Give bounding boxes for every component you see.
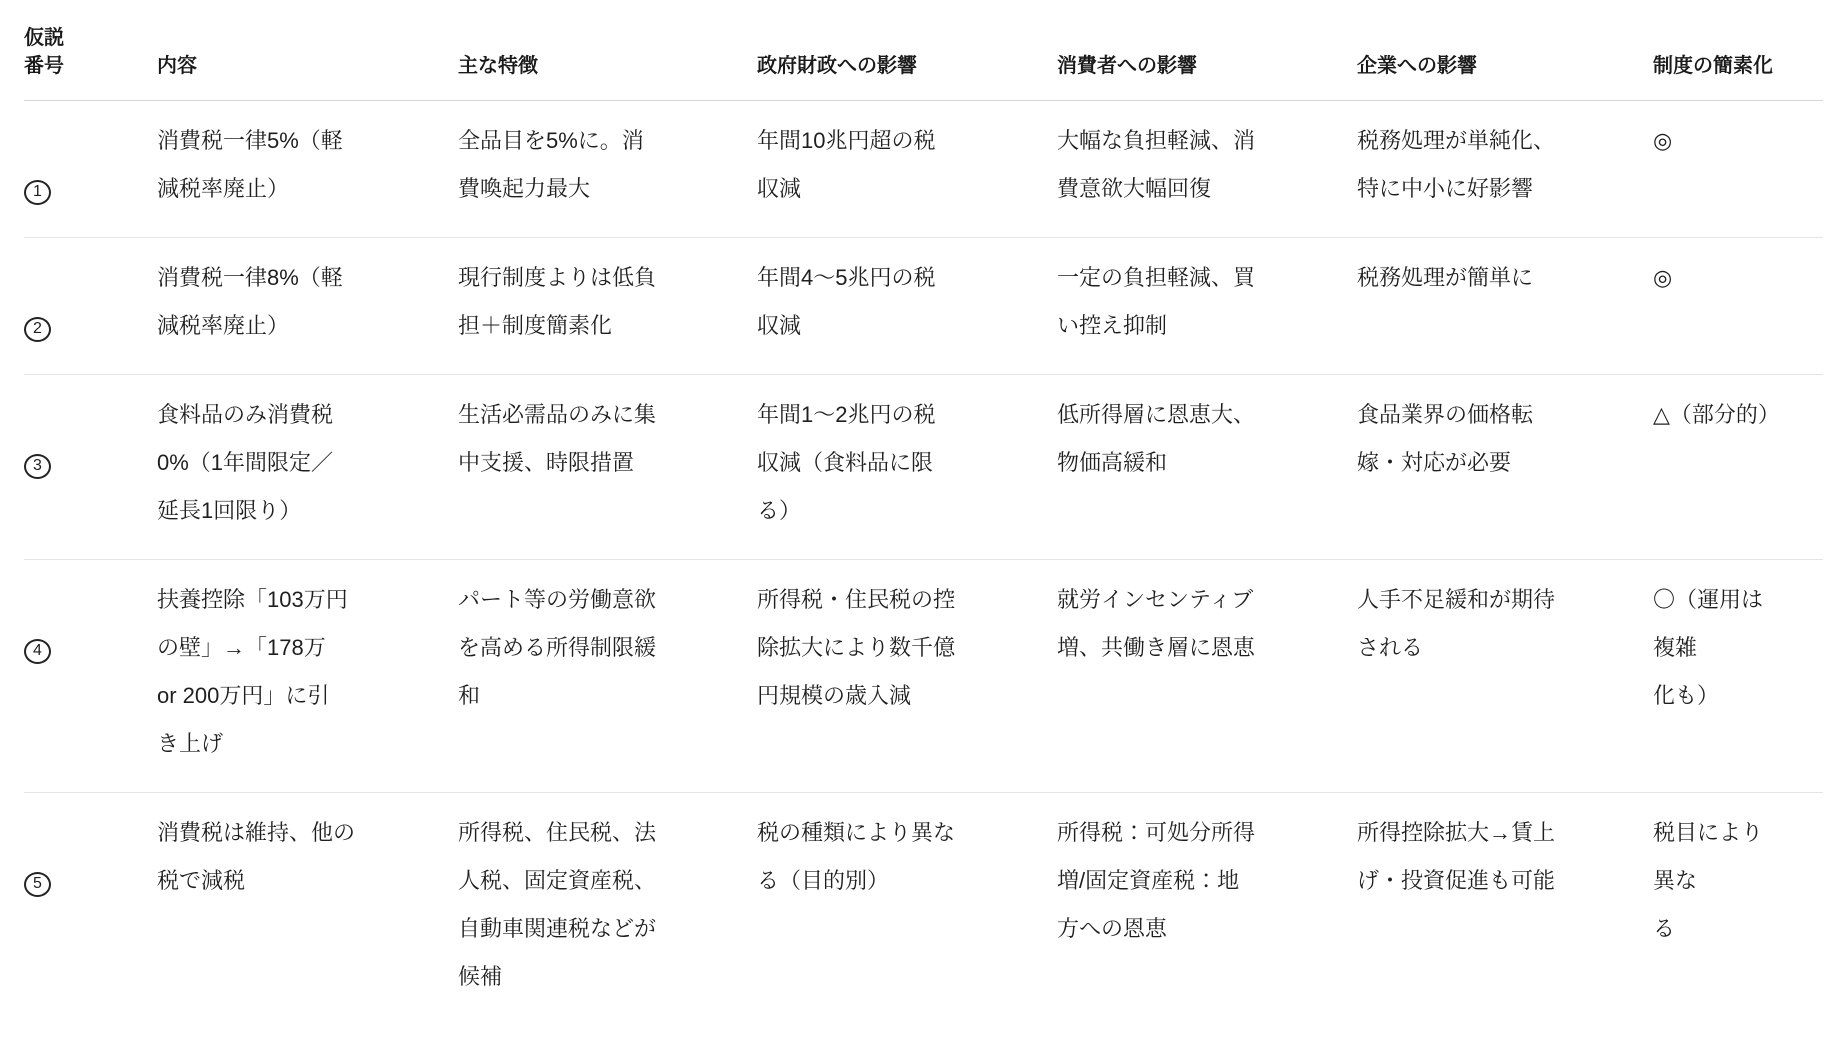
- cell-business-impact: 税務処理が単純化、 特に中小に好影響: [1357, 101, 1653, 238]
- cell-gov-finance-impact: 年間1〜2兆円の税 収減（食料品に限 る）: [757, 375, 1057, 560]
- table-row: 1 消費税一律5%（軽 減税率廃止） 全品目を5%に。消 費喚起力最大 年間10…: [24, 101, 1823, 238]
- hypothesis-number: 4: [33, 643, 42, 659]
- col-header-hypothesis-number: 仮説 番号: [24, 0, 157, 101]
- circled-number-icon: 4: [24, 639, 51, 664]
- cell-gov-finance-impact: 所得税・住民税の控 除拡大により数千億 円規模の歳入減: [757, 560, 1057, 793]
- tax-hypothesis-comparison-page: 仮説 番号 内容 主な特徴 政府財政への影響 消費者への影響 企業への影響 制度…: [0, 0, 1847, 1042]
- cell-system-simplification: 〇（運用は複雑 化も）: [1653, 560, 1823, 793]
- cell-system-simplification: ◎: [1653, 238, 1823, 375]
- cell-consumer-impact: 大幅な負担軽減、消 費意欲大幅回復: [1057, 101, 1357, 238]
- cell-hypothesis-number: 1: [24, 101, 157, 238]
- cell-content: 扶養控除「103万円 の壁」→「178万 or 200万円」に引 き上げ: [157, 560, 458, 793]
- cell-hypothesis-number: 2: [24, 238, 157, 375]
- hypothesis-number: 1: [33, 184, 42, 200]
- col-header-consumer-impact: 消費者への影響: [1057, 0, 1357, 101]
- cell-consumer-impact: 所得税：可処分所得 増/固定資産税：地 方への恩恵: [1057, 793, 1357, 1026]
- cell-content: 消費税一律5%（軽 減税率廃止）: [157, 101, 458, 238]
- col-header-gov-finance-impact: 政府財政への影響: [757, 0, 1057, 101]
- cell-consumer-impact: 就労インセンティブ 増、共働き層に恩恵: [1057, 560, 1357, 793]
- cell-content: 消費税は維持、他の 税で減税: [157, 793, 458, 1026]
- cell-main-features: 生活必需品のみに集 中支援、時限措置: [458, 375, 757, 560]
- table-row: 5 消費税は維持、他の 税で減税 所得税、住民税、法 人税、固定資産税、 自動車…: [24, 793, 1823, 1026]
- cell-content: 消費税一律8%（軽 減税率廃止）: [157, 238, 458, 375]
- col-header-content: 内容: [157, 0, 458, 101]
- cell-system-simplification: △（部分的）: [1653, 375, 1823, 560]
- cell-main-features: 現行制度よりは低負 担＋制度簡素化: [458, 238, 757, 375]
- cell-main-features: 全品目を5%に。消 費喚起力最大: [458, 101, 757, 238]
- cell-system-simplification: 税目により異な る: [1653, 793, 1823, 1026]
- hypothesis-number: 3: [33, 458, 42, 474]
- cell-hypothesis-number: 5: [24, 793, 157, 1026]
- cell-system-simplification: ◎: [1653, 101, 1823, 238]
- cell-business-impact: 食品業界の価格転 嫁・対応が必要: [1357, 375, 1653, 560]
- circled-number-icon: 5: [24, 872, 51, 897]
- cell-main-features: 所得税、住民税、法 人税、固定資産税、 自動車関連税などが 候補: [458, 793, 757, 1026]
- table-row: 4 扶養控除「103万円 の壁」→「178万 or 200万円」に引 き上げ パ…: [24, 560, 1823, 793]
- cell-consumer-impact: 一定の負担軽減、買 い控え抑制: [1057, 238, 1357, 375]
- cell-business-impact: 人手不足緩和が期待 される: [1357, 560, 1653, 793]
- table-row: 2 消費税一律8%（軽 減税率廃止） 現行制度よりは低負 担＋制度簡素化 年間4…: [24, 238, 1823, 375]
- cell-gov-finance-impact: 年間10兆円超の税 収減: [757, 101, 1057, 238]
- col-header-business-impact: 企業への影響: [1357, 0, 1653, 101]
- cell-hypothesis-number: 3: [24, 375, 157, 560]
- circled-number-icon: 2: [24, 317, 51, 342]
- cell-gov-finance-impact: 年間4〜5兆円の税 収減: [757, 238, 1057, 375]
- circled-number-icon: 1: [24, 180, 51, 205]
- cell-gov-finance-impact: 税の種類により異な る（目的別）: [757, 793, 1057, 1026]
- col-header-system-simplification: 制度の簡素化: [1653, 0, 1823, 101]
- cell-business-impact: 税務処理が簡単に: [1357, 238, 1653, 375]
- col-header-main-features: 主な特徴: [458, 0, 757, 101]
- cell-main-features: パート等の労働意欲 を高める所得制限緩 和: [458, 560, 757, 793]
- cell-business-impact: 所得控除拡大→賃上 げ・投資促進も可能: [1357, 793, 1653, 1026]
- cell-consumer-impact: 低所得層に恩恵大、 物価高緩和: [1057, 375, 1357, 560]
- header-row: 仮説 番号 内容 主な特徴 政府財政への影響 消費者への影響 企業への影響 制度…: [24, 0, 1823, 101]
- cell-content: 食料品のみ消費税 0%（1年間限定／ 延長1回限り）: [157, 375, 458, 560]
- hypothesis-number: 2: [33, 321, 42, 337]
- hypothesis-comparison-table: 仮説 番号 内容 主な特徴 政府財政への影響 消費者への影響 企業への影響 制度…: [24, 0, 1823, 1025]
- table-row: 3 食料品のみ消費税 0%（1年間限定／ 延長1回限り） 生活必需品のみに集 中…: [24, 375, 1823, 560]
- circled-number-icon: 3: [24, 454, 51, 479]
- cell-hypothesis-number: 4: [24, 560, 157, 793]
- hypothesis-number: 5: [33, 876, 42, 892]
